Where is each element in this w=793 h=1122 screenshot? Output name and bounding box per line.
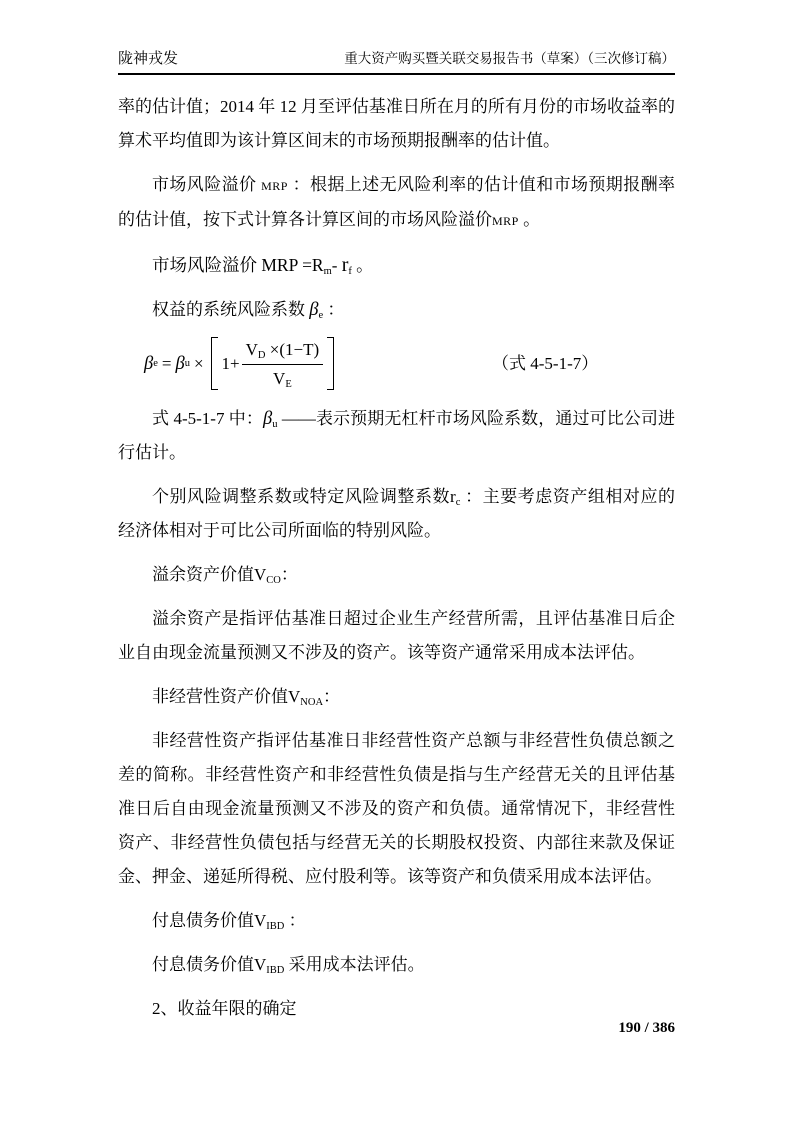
header-report-title: 重大资产购买暨关联交易报告书（草案）（三次修订稿）	[344, 50, 675, 68]
text-segment: 溢余资产价值V	[152, 565, 266, 584]
symbol-beta-u: β	[175, 347, 184, 381]
paragraph-formula-explanation: 式 4-5-1-7 中：βu ——表示预期无杠杆市场风险系数，通过可比公司进行估…	[118, 402, 675, 470]
fraction-denominator: VE	[273, 365, 292, 390]
text-segment: ：	[284, 911, 305, 930]
text-segment: 。	[352, 256, 373, 275]
left-bracket	[211, 337, 218, 390]
text-segment: 权益的系统风险系数	[152, 300, 309, 319]
text-segment: 市场风险溢价	[152, 175, 261, 194]
text-segment: 付息债务价值V	[152, 911, 266, 930]
text-segment: 采用成本法评估。	[284, 955, 424, 974]
text-segment: ：	[323, 687, 340, 706]
text-segment: ：	[323, 300, 344, 319]
symbol-beta-e: β	[144, 347, 153, 381]
line-interest-bearing-debt-value: 付息债务价值VIBD ：	[118, 904, 675, 938]
page-header: 陇神戎发 重大资产购买暨关联交易报告书（草案）（三次修订稿）	[118, 50, 675, 75]
subscript-m: m	[324, 266, 332, 277]
paragraph-interest-bearing-debt: 付息债务价值VIBD 采用成本法评估。	[118, 948, 675, 982]
text-segment: 个别风险调整系数或特定风险调整系数r	[152, 487, 456, 506]
symbol-vd: V	[246, 340, 258, 359]
page-number: 190 / 386	[618, 1020, 675, 1037]
subscript-ibd: IBD	[266, 921, 284, 932]
subscript-ibd: IBD	[266, 965, 284, 976]
subscript-e: E	[285, 379, 291, 390]
paragraph-continuation: 率的估计值；2014 年 12 月至评估基准日所在月的所有月份的市场收益率的算术…	[118, 90, 675, 158]
paragraph-non-operating-asset: 非经营性资产指评估基准日非经营性资产总额与非经营性负债总额之差的简称。非经营性资…	[118, 724, 675, 894]
term-mrp: MRP	[492, 214, 519, 228]
fraction: VD ×(1−T) VE	[242, 337, 324, 390]
document-page: 陇神戎发 重大资产购买暨关联交易报告书（草案）（三次修订稿） 率的估计值；201…	[0, 0, 793, 1122]
document-body: 率的估计值；2014 年 12 月至评估基准日所在月的所有月份的市场收益率的算术…	[118, 90, 675, 1036]
multiply-sign: ×	[194, 347, 204, 381]
text-segment: 付息债务价值V	[152, 955, 266, 974]
text-segment: 非经营性资产价值V	[152, 687, 300, 706]
formula-beta-block: βe = βu × 1+ VD ×(1−T) VE （式 4-5-1-7）	[118, 337, 675, 390]
text-segment: 式 4-5-1-7 中：	[152, 409, 263, 428]
one-plus-term: 1+	[222, 347, 240, 381]
line-non-operating-asset-value: 非经营性资产价值VNOA：	[118, 680, 675, 714]
fraction-numerator: VD ×(1−T)	[242, 337, 324, 365]
term-mrp: MRP	[261, 179, 288, 193]
paragraph-mrp-definition: 市场风险溢价 MRP ：根据上述无风险利率的估计值和市场预期报酬率的估计值，按下…	[118, 168, 675, 238]
text-segment: 。	[519, 210, 540, 229]
subscript-noa: NOA	[300, 697, 323, 708]
heading-income-period: 2、收益年限的确定	[118, 992, 675, 1026]
text-segment: ：	[281, 565, 298, 584]
line-surplus-asset-value: 溢余资产价值VCO：	[118, 558, 675, 592]
header-company-name: 陇神戎发	[118, 50, 178, 68]
symbol-ve: V	[273, 369, 285, 388]
right-bracket	[327, 337, 334, 390]
subscript-d: D	[258, 350, 266, 361]
text-segment: 市场风险溢价 MRP =R	[152, 255, 324, 275]
line-beta-e-label: 权益的系统风险系数 βe ：	[118, 293, 675, 327]
formula-equation-number: （式 4-5-1-7）	[492, 347, 598, 381]
symbol-beta-u: β	[263, 409, 272, 429]
formula-mrp-line: 市场风险溢价 MRP =Rm- rf 。	[118, 248, 675, 283]
equals-sign: =	[162, 347, 172, 381]
paragraph-specific-risk: 个别风险调整系数或特定风险调整系数rc ：主要考虑资产组相对应的经济体相对于可比…	[118, 480, 675, 548]
text-segment: ×(1−T)	[266, 340, 320, 359]
text-segment: -	[332, 256, 342, 275]
subscript-co: CO	[266, 575, 281, 586]
formula-beta-expression: βe = βu × 1+ VD ×(1−T) VE	[144, 337, 334, 390]
paragraph-surplus-asset: 溢余资产是指评估基准日超过企业生产经营所需，且评估基准日后企业自由现金流量预测又…	[118, 602, 675, 670]
